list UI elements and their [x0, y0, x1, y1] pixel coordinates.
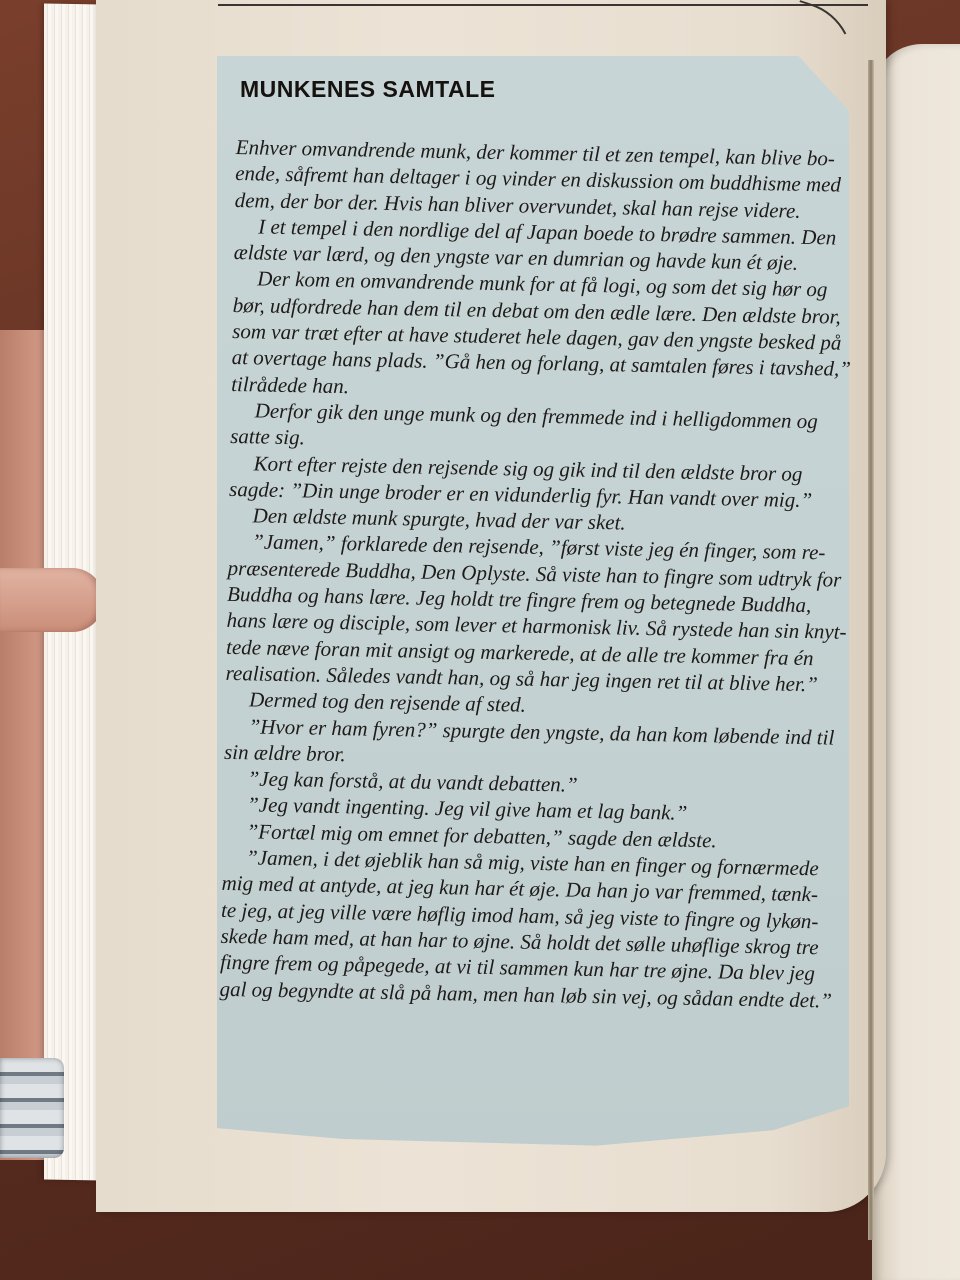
story-title: MUNKENES SAMTALE — [240, 76, 495, 103]
story-text: Enhver omvandrende munk, der kommer til … — [219, 134, 842, 1013]
thumb — [0, 568, 104, 632]
header-rule — [218, 4, 868, 6]
wristwatch-band — [0, 1058, 64, 1158]
book-gutter — [868, 60, 874, 1240]
